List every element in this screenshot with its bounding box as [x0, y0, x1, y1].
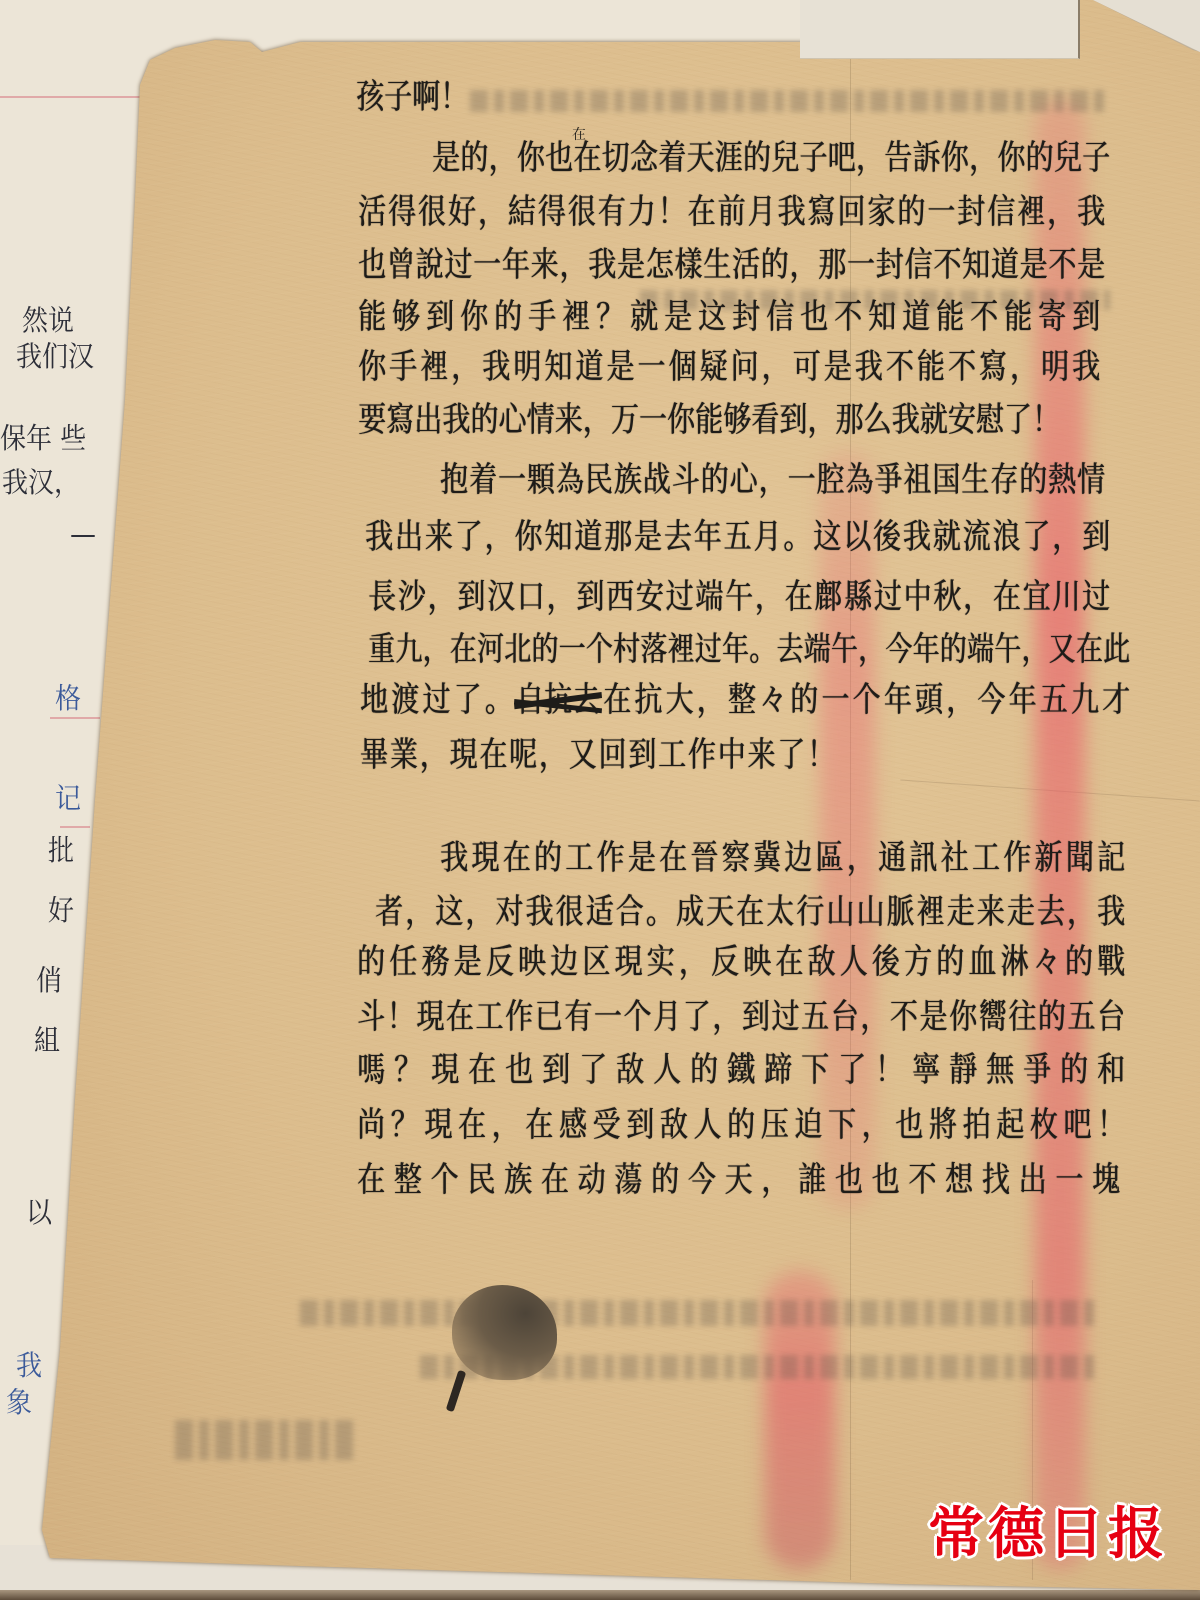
letter-line-with-correction: 地渡过了。自抗去在抗大，整々的一个年頭，今年五九才	[360, 676, 1130, 725]
red-stain	[820, 450, 875, 1210]
letter-line: 我出来了，你知道那是去年五月。这以後我就流浪了，到	[365, 513, 1110, 562]
photo-scene: 然说 我们汉 保年 些 我汉， — 格 记 批 好 俏 組 以 我 象	[0, 0, 1200, 1600]
bleed-through-text	[300, 1300, 1100, 1326]
ink-blot	[452, 1285, 557, 1380]
letter-line: 要寫出我的心情来，万一你能够看到，那么我就安慰了！	[358, 396, 1060, 445]
letter-line: 是的，你也在切念着天涯的兒子吧，告訴你，你的兒子	[432, 134, 1110, 183]
letter-line: 在整个民族在动蕩的今天，誰也也不想找出一塊	[357, 1156, 1120, 1205]
letter-line: 你手裡，我明知道是一個疑问，可是我不能不寫，明我	[358, 343, 1100, 392]
overlapping-paper	[800, 0, 1080, 59]
letter-line: 斗！現在工作已有一个月了，到过五台，不是你嚮往的五台	[357, 993, 1125, 1042]
letter-line: 嗎？現在也到了敌人的鐵蹄下了！寧靜無爭的和	[357, 1046, 1125, 1095]
letter-line: 尚？現在，在感受到敌人的压迫下，也將拍起枚吧！	[357, 1101, 1125, 1150]
letter-greeting: 孩子啊！	[356, 73, 456, 122]
letter-line: 能够到你的手裡？就是这封信也不知道能不能寄到	[358, 293, 1100, 342]
letter-line: 者，这，对我很适合。成天在太行山山脈裡走来走去，我	[375, 888, 1125, 937]
letter-line: 的任務是反映边区現实，反映在敌人後方的血淋々的戰	[357, 938, 1125, 987]
letter-line: 我現在的工作是在晉察冀边區，通訊社工作新聞記	[440, 834, 1125, 883]
letter-text: 地渡过了。	[360, 679, 516, 719]
newspaper-watermark: 常德日报	[928, 1490, 1168, 1570]
letter-line: 長沙，到汉口，到西安过端午，在鄜縣过中秋，在宜川过	[368, 573, 1110, 622]
letter-line: 重九，在河北的一个村落裡过年。去端午，今年的端午，又在此	[368, 626, 1130, 675]
letter-line: 也曾說过一年来，我是怎樣生活的，那一封信不知道是不是	[358, 241, 1105, 290]
bleed-through-text	[470, 90, 1110, 112]
letter-line: 畢業，現在呢，又回到工作中来了！	[360, 731, 835, 780]
crossed-out-text: 自抗去	[516, 676, 600, 725]
letter-line: 活得很好，結得很有力！在前月我寫回家的一封信裡，我	[358, 188, 1105, 237]
letter-text: 在抗大，整々的一个年頭，今年五九才	[600, 679, 1130, 719]
letter-line: 抱着一顆為民族战斗的心，一腔為爭祖国生存的熱情	[440, 456, 1105, 505]
bleed-through-text	[175, 1420, 355, 1460]
